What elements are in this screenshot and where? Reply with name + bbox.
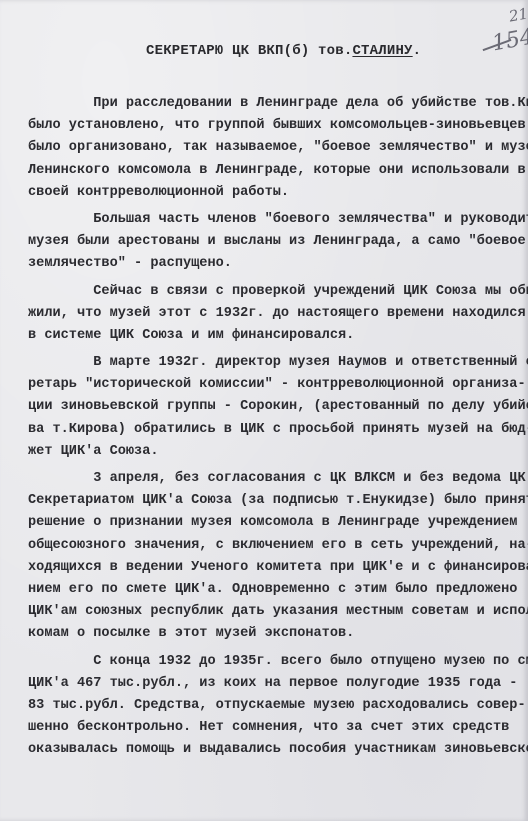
text-line: ходящихся в ведении Ученого комитета при… — [28, 557, 518, 579]
paragraph: Большая часть членов "боевого землячеств… — [28, 209, 518, 276]
document-title: СЕКРЕТАРЮ ЦК ВКП(б) тов.СТАЛИНУ. — [146, 43, 421, 59]
paragraph: С конца 1932 до 1935г. всего было отпуще… — [28, 651, 518, 762]
text-line: музея были арестованы и высланы из Ленин… — [28, 231, 518, 253]
text-line: комам о посылке в этот музей экспонатов. — [28, 623, 518, 645]
handwritten-page-number-sup: 21 — [508, 4, 528, 25]
text-line: ва т.Кирова) обратились в ЦИК с просьбой… — [28, 419, 518, 441]
text-line: Ленинского комсомола в Ленинграде, котор… — [28, 160, 518, 182]
text-line: нием его по смете ЦИК'а. Одновременно с … — [28, 579, 518, 601]
text-line: было установлено, что группой бывших ком… — [28, 115, 518, 137]
text-line: оказывалась помощь и выдавались пособия … — [28, 739, 518, 761]
text-line: было организовано, так называемое, "боев… — [28, 137, 518, 159]
text-line: Сейчас в связи с проверкой учреждений ЦИ… — [28, 281, 518, 303]
text-line: решение о признании музея комсомола в Ле… — [28, 512, 518, 534]
text-line: ции зиновьевской группы - Сорокин, (арес… — [28, 396, 518, 418]
title-addressee: СТАЛИНУ — [352, 43, 412, 59]
text-line: ретарь "исторической комиссии" - контрре… — [28, 374, 518, 396]
paragraph: Сейчас в связи с проверкой учреждений ЦИ… — [28, 281, 518, 348]
handwritten-page-number: 154 — [490, 25, 528, 57]
text-line: 83 тыс.рубл. Средства, отпускаемые музею… — [28, 695, 518, 717]
text-line: Секретариатом ЦИК'а Союза (за подписью т… — [28, 490, 518, 512]
text-line: жет ЦИК'а Союза. — [28, 441, 518, 463]
text-line: жили, что музей этот с 1932г. до настоящ… — [28, 303, 518, 325]
title-prefix: СЕКРЕТАРЮ ЦК ВКП(б) тов. — [146, 43, 352, 59]
text-line: ЦИК'ам союзных республик дать указания м… — [28, 601, 518, 623]
text-line: В марте 1932г. директор музея Наумов и о… — [28, 352, 518, 374]
text-line: Большая часть членов "боевого землячеств… — [28, 209, 518, 231]
text-line: шенно бесконтрольно. Нет сомнения, что з… — [28, 717, 518, 739]
title-suffix: . — [413, 43, 422, 59]
text-line: 3 апреля, без согласования с ЦК ВЛКСМ и … — [28, 468, 518, 490]
paragraph: В марте 1932г. директор музея Наумов и о… — [28, 352, 518, 463]
text-line: ЦИК'а 467 тыс.рубл., из коих на первое п… — [28, 673, 518, 695]
document-page: СЕКРЕТАРЮ ЦК ВКП(б) тов.СТАЛИНУ. 154 21 … — [0, 0, 528, 821]
document-body: При расследовании в Ленинграде дела об у… — [28, 93, 518, 766]
paragraph: При расследовании в Ленинграде дела об у… — [28, 93, 518, 204]
text-line: в системе ЦИК Союза и им финансировался. — [28, 325, 518, 347]
text-line: С конца 1932 до 1935г. всего было отпуще… — [28, 651, 518, 673]
text-line: При расследовании в Ленинграде дела об у… — [28, 93, 518, 115]
text-line: своей контрреволюционной работы. — [28, 182, 518, 204]
text-line: общесоюзного значения, с включением его … — [28, 535, 518, 557]
text-line: землячество" - распущено. — [28, 253, 518, 275]
paragraph: 3 апреля, без согласования с ЦК ВЛКСМ и … — [28, 468, 518, 646]
